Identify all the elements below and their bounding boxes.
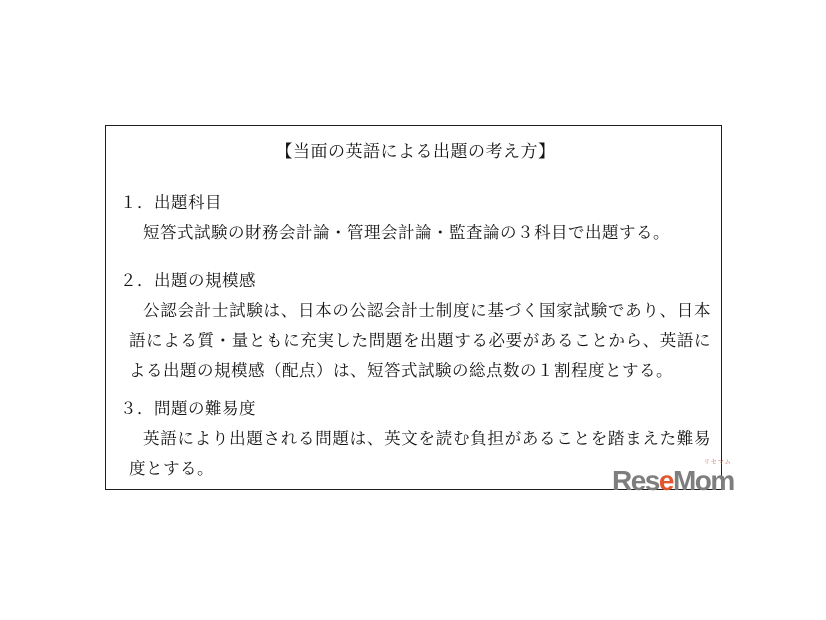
document-panel: 【当面の英語による出題の考え方】 １．出題科目 短答式試験の財務会計論・管理会計… bbox=[105, 125, 722, 490]
section-1: １．出題科目 短答式試験の財務会計論・管理会計論・監査論の３科目で出題する。 bbox=[120, 188, 711, 248]
resemom-logo-accent-letter: e bbox=[659, 465, 673, 496]
section-2-heading: ２．出題の規模感 bbox=[120, 266, 711, 296]
section-2: ２．出題の規模感 公認会計士試験は、日本の公認会計士制度に基づく国家試験であり、… bbox=[120, 266, 711, 386]
resemom-logo-ruby-text: リセマム bbox=[704, 460, 732, 466]
resemom-logo-text-part1: Res bbox=[612, 465, 659, 496]
section-3-heading: ３．問題の難易度 bbox=[120, 394, 711, 424]
resemom-watermark-logo: リセマムReseMom bbox=[612, 464, 734, 498]
section-2-body-line: よる出題の規模感（配点）は、短答式試験の総点数の１割程度とする。 bbox=[129, 356, 711, 386]
section-1-body-line: 短答式試験の財務会計論・管理会計論・監査論の３科目で出題する。 bbox=[143, 218, 711, 248]
section-1-heading: １．出題科目 bbox=[120, 188, 711, 218]
section-2-body-line: 公認会計士試験は、日本の公認会計士制度に基づく国家試験であり、日本 bbox=[143, 296, 711, 326]
document-title: 【当面の英語による出題の考え方】 bbox=[120, 140, 711, 164]
section-2-body-line: 語による質・量ともに充実した問題を出題する必要があることから、英語に bbox=[129, 326, 711, 356]
resemom-logo-text-part2: Mom bbox=[673, 465, 734, 496]
page-background: 【当面の英語による出題の考え方】 １．出題科目 短答式試験の財務会計論・管理会計… bbox=[0, 0, 826, 620]
section-3-body-line: 英語により出題される問題は、英文を読む負担があることを踏まえた難易 bbox=[143, 424, 711, 454]
